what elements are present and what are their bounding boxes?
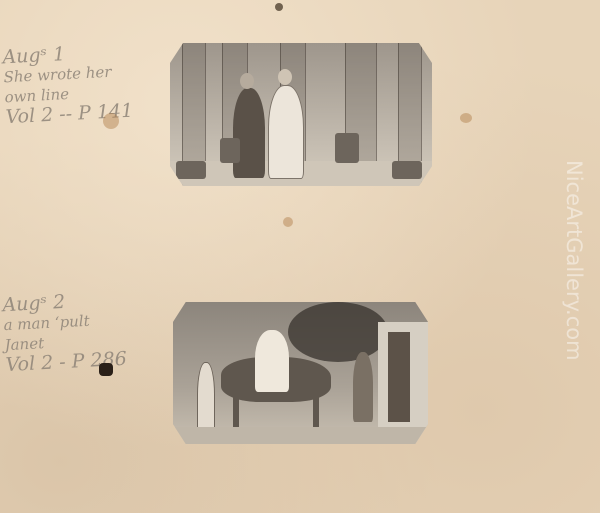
figure-dark-dress — [233, 88, 265, 178]
paper-stain — [103, 113, 119, 129]
paper-stain — [275, 3, 283, 11]
paper-stain — [460, 113, 472, 123]
paper-hole — [99, 363, 113, 376]
figure-rider — [255, 330, 289, 392]
watermark: NiceArtGallery.com — [556, 160, 586, 360]
artwork-page: Augˢ 1 She wrote her own line Vol 2 -- P… — [0, 0, 600, 513]
sketch-horse-scene — [173, 302, 428, 444]
paper-stain — [283, 217, 293, 227]
figure-woman-doorway — [353, 352, 373, 422]
figure-man-leading — [197, 362, 215, 434]
figure-white-dress — [268, 85, 304, 179]
sketch-interior-scene — [170, 43, 432, 186]
